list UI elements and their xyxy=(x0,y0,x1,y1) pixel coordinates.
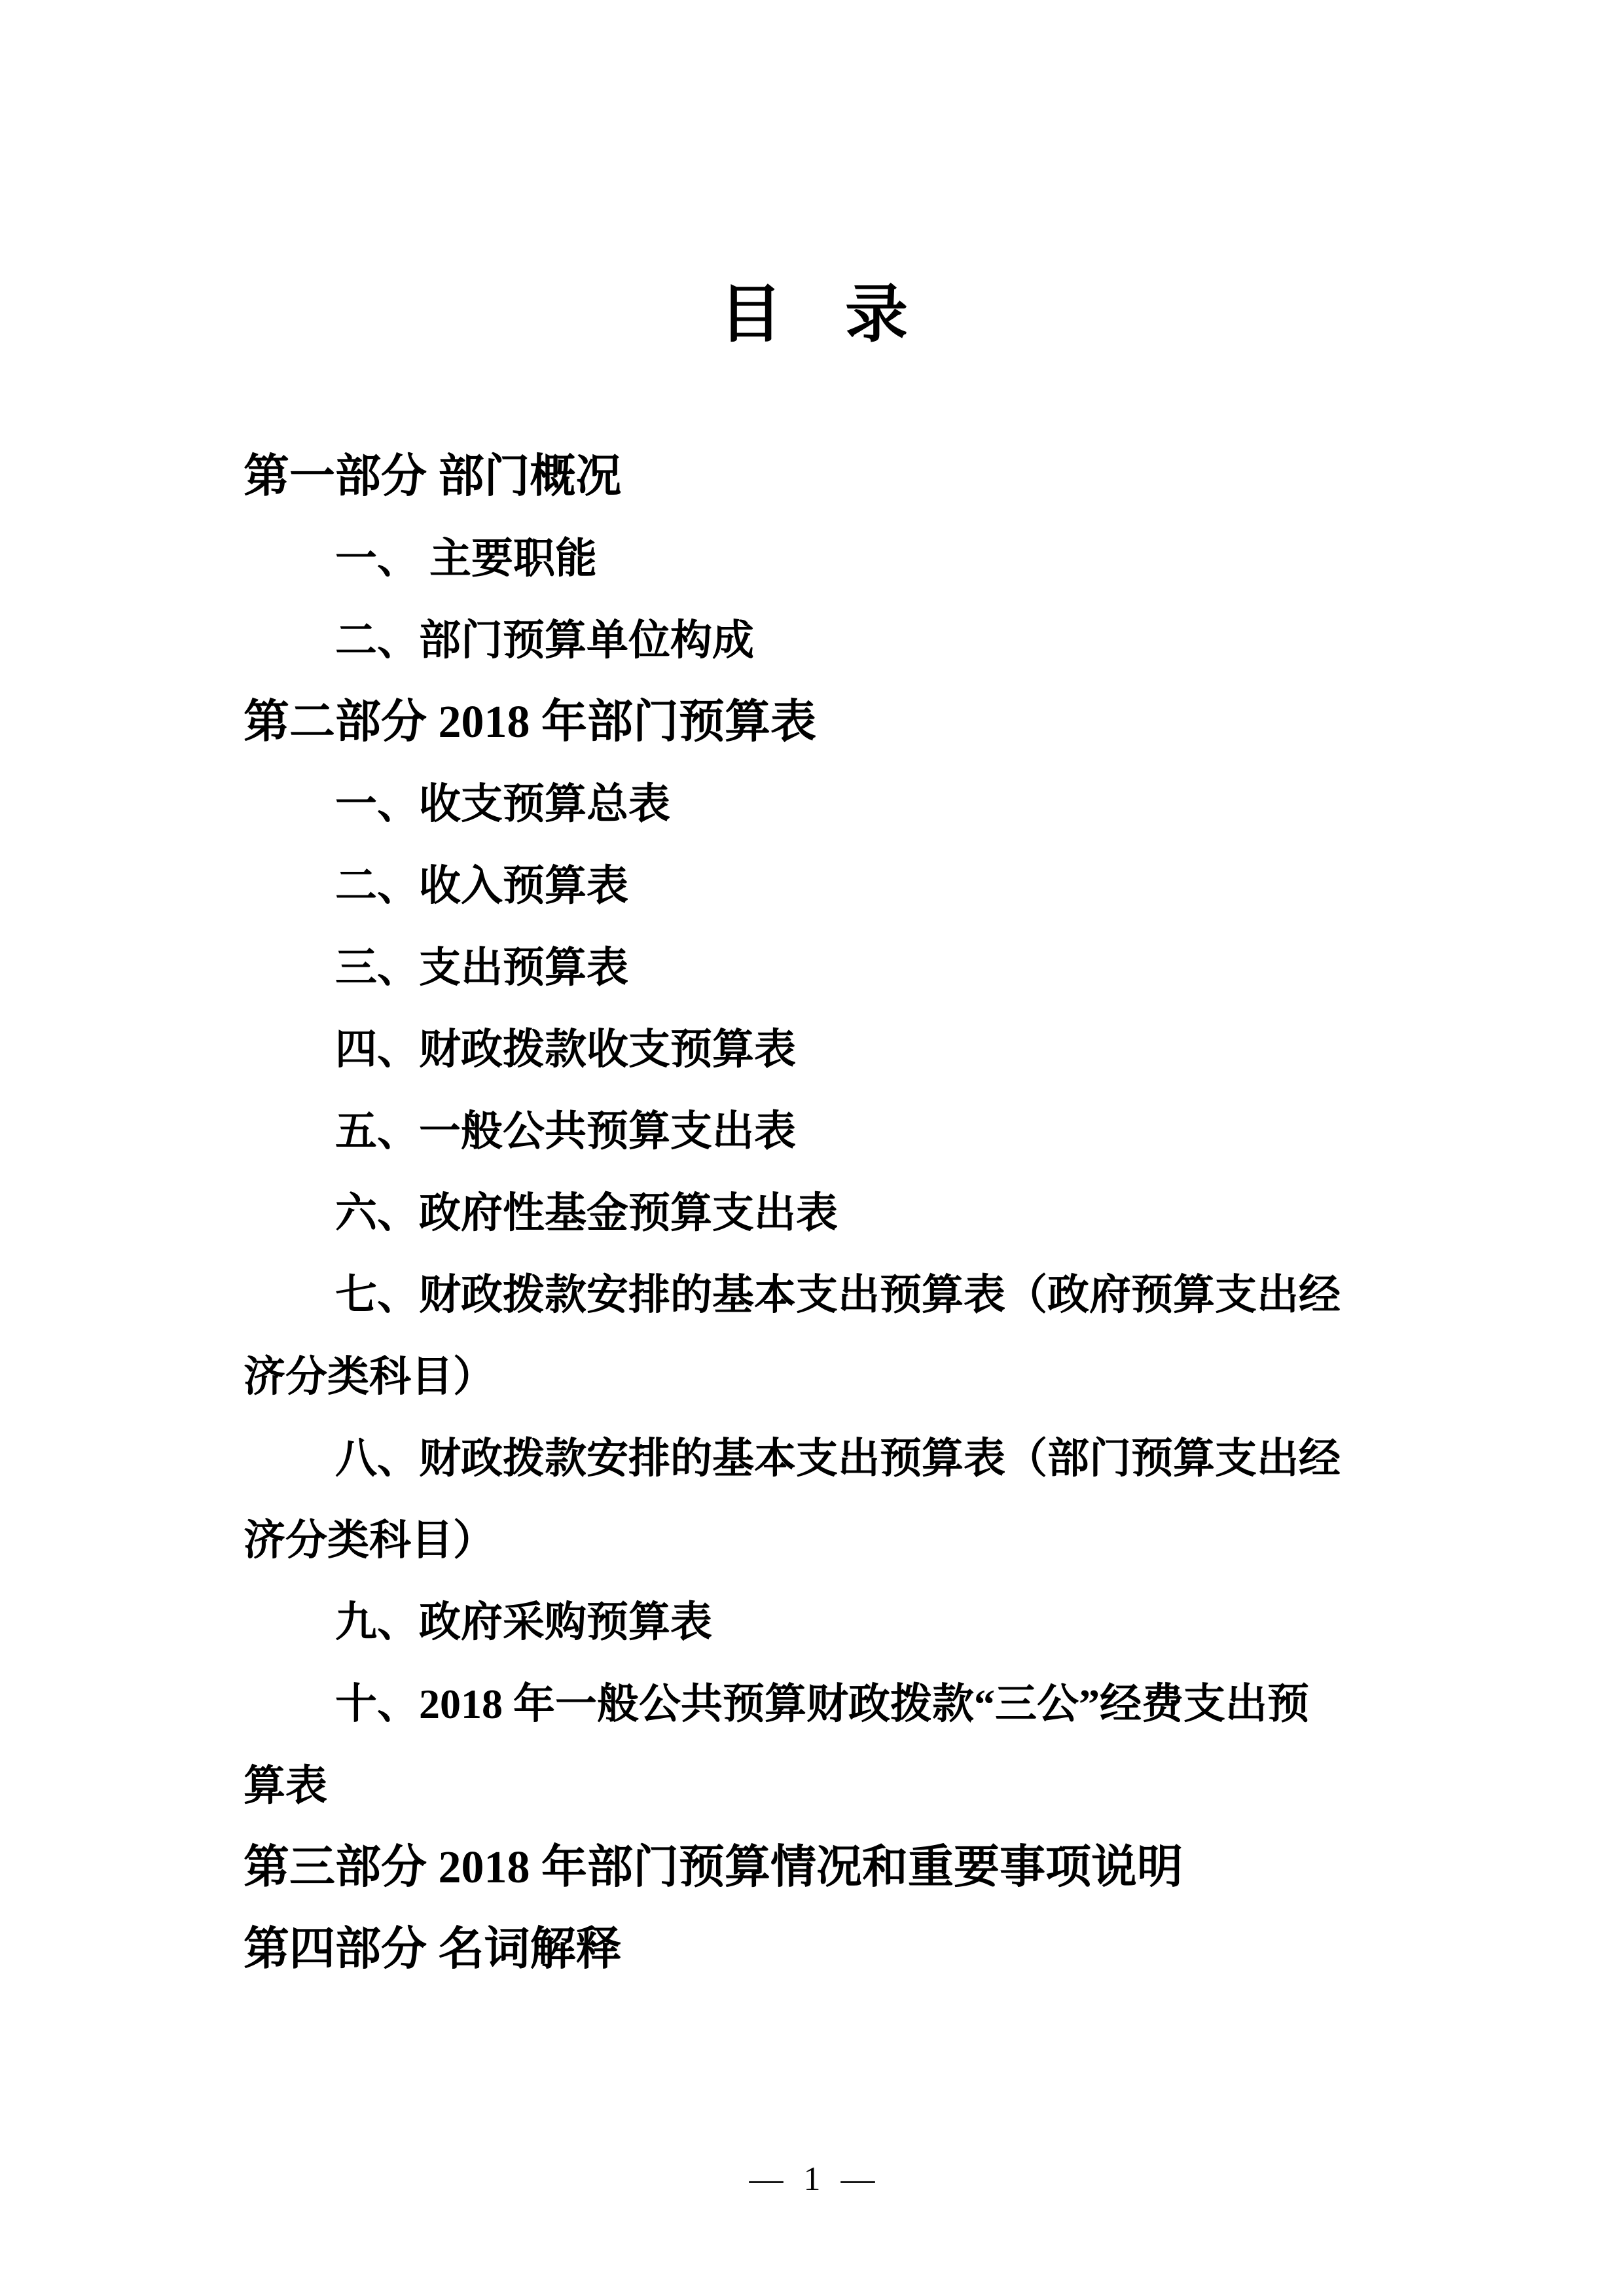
page-number: — 1 — xyxy=(0,2159,1624,2200)
toc-section-heading: 第一部分 部门概况 xyxy=(244,436,1384,518)
toc-item: 六、政府性基金预算支出表 xyxy=(244,1172,1384,1254)
toc-item: 二、部门预算单位构成 xyxy=(244,600,1384,681)
toc-item: 一、收支预算总表 xyxy=(244,763,1384,845)
toc-item: 二、收入预算表 xyxy=(244,845,1384,927)
toc-section-heading: 第三部分 2018 年部门预算情况和重要事项说明 xyxy=(244,1827,1384,1909)
toc-title: 目 录 xyxy=(244,253,1384,377)
toc-item-continuation: 算表 xyxy=(244,1745,1384,1827)
toc-content: 目 录 第一部分 部门概况 一、 主要职能 二、部门预算单位构成 第二部分 20… xyxy=(244,253,1384,1990)
toc-item-continuation: 济分类科目） xyxy=(244,1336,1384,1418)
toc-item: 九、政府采购预算表 xyxy=(244,1581,1384,1663)
toc-item: 五、一般公共预算支出表 xyxy=(244,1090,1384,1172)
toc-item: 一、 主要职能 xyxy=(244,518,1384,600)
toc-item: 七、财政拨款安排的基本支出预算表（政府预算支出经 xyxy=(244,1254,1384,1336)
toc-section-heading: 第二部分 2018 年部门预算表 xyxy=(244,681,1384,763)
toc-item: 十、2018 年一般公共预算财政拨款“三公”经费支出预 xyxy=(244,1663,1384,1745)
document-page: 目 录 第一部分 部门概况 一、 主要职能 二、部门预算单位构成 第二部分 20… xyxy=(0,0,1624,2296)
toc-item-continuation: 济分类科目） xyxy=(244,1499,1384,1581)
toc-section-heading: 第四部分 名词解释 xyxy=(244,1909,1384,1990)
toc-item: 八、财政拨款安排的基本支出预算表（部门预算支出经 xyxy=(244,1418,1384,1499)
toc-item: 四、财政拨款收支预算表 xyxy=(244,1009,1384,1090)
toc-item: 三、支出预算表 xyxy=(244,927,1384,1009)
